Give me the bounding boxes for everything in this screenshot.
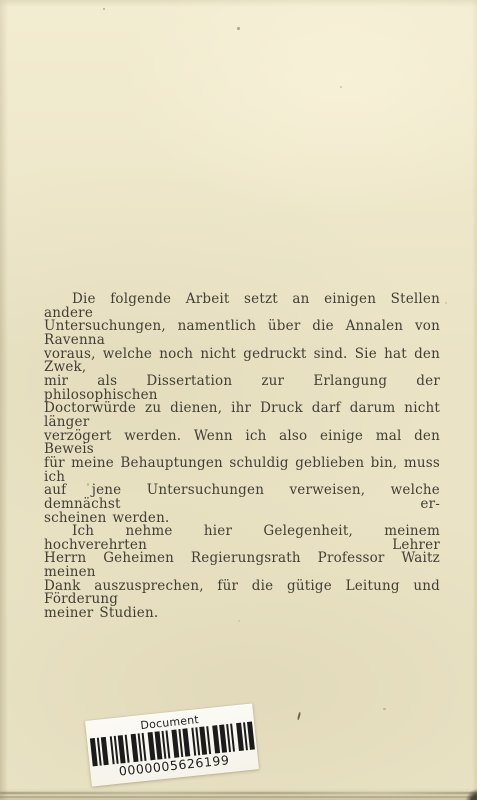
barcode-bar <box>230 724 235 752</box>
page-bottom-edge-shadow-2 <box>0 796 477 798</box>
paper-speck <box>297 712 301 720</box>
barcode-label: Document 0000005626199 <box>85 703 259 786</box>
text-line: voraus, welche noch nicht gedruckt sind.… <box>44 348 440 375</box>
barcode-bar <box>100 737 108 765</box>
text-line: Die folgende Arbeit setzt an einigen Ste… <box>44 293 440 320</box>
text-line: auf jene Untersuchungen verweisen, welch… <box>44 484 440 511</box>
text-line: Ich nehme hier Gelegenheit, meinem hochv… <box>44 525 440 552</box>
scanned-book-page: Die folgende Arbeit setzt an einigen Ste… <box>0 0 477 800</box>
text-line: verzögert werden. Wenn ich also einige m… <box>44 430 440 457</box>
barcode-bar <box>206 726 211 754</box>
paper-speck <box>160 586 162 588</box>
page-bottom-edge-shadow <box>0 792 477 794</box>
paper-speck <box>383 708 386 710</box>
barcode-bar <box>182 728 190 756</box>
text-line: Herrn Geheimen Regierungsrath Professor … <box>44 552 440 579</box>
body-text: Die folgende Arbeit setzt an einigen Ste… <box>44 293 440 621</box>
paper-speck <box>87 483 89 486</box>
text-line: Doctorwürde zu dienen, ihr Druck darf da… <box>44 402 440 429</box>
barcode-bar <box>165 730 170 758</box>
text-line: für meine Behauptungen schuldig gebliebe… <box>44 457 440 484</box>
text-line: mir als Dissertation zur Erlangung der p… <box>44 375 440 402</box>
paper-speck <box>238 620 240 622</box>
paper-speck <box>445 302 447 304</box>
text-line: meiner Studien. <box>44 607 440 621</box>
page-corner-mark <box>455 784 477 800</box>
barcode-bar <box>124 735 129 763</box>
text-line: Dank auszusprechen, für die gütige Leitu… <box>44 580 440 607</box>
text-line: Untersuchungen, namentlich über die Anna… <box>44 320 440 347</box>
barcode-bar <box>141 733 146 761</box>
paper-speck <box>237 27 240 30</box>
paper-speck <box>103 8 105 10</box>
barcode-bar <box>247 722 255 750</box>
paper-speck <box>340 86 342 88</box>
